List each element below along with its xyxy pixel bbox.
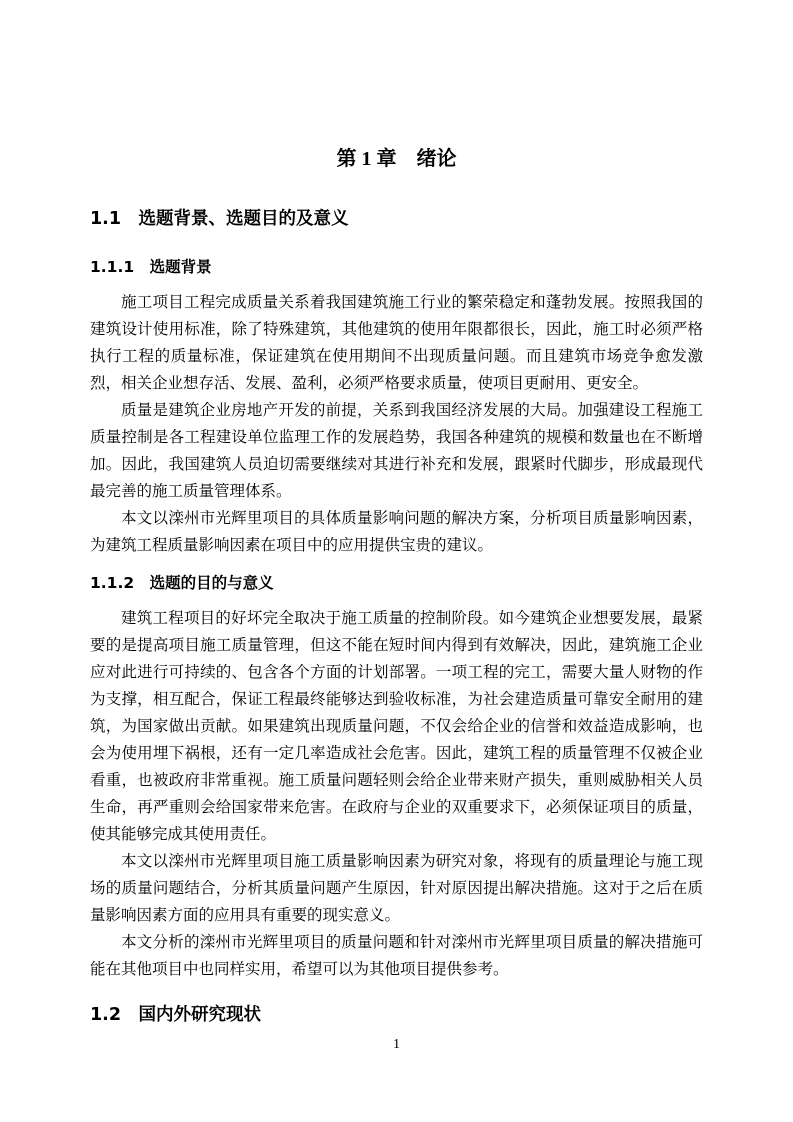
chapter-title: 第 1 章 绪论	[90, 146, 703, 173]
paragraph-background-3: 本文以滦州市光辉里项目的具体质量影响问题的解决方案，分析项目质量影响因素，为建筑…	[90, 505, 703, 559]
section-heading-1-2: 1.2 国内外研究现状	[90, 1003, 703, 1027]
paragraph-purpose-1: 建筑工程项目的好坏完全取决于施工质量的控制阶段。如今建筑企业想要发展，最紧要的是…	[90, 605, 703, 848]
subsection-heading-1-1-2: 1.1.2 选题的目的与意义	[90, 572, 703, 594]
subsection-heading-1-1-1: 1.1.1 选题背景	[90, 256, 703, 278]
page-content: 第 1 章 绪论 1.1 选题背景、选题目的及意义 1.1.1 选题背景 施工项…	[90, 0, 703, 1027]
section-heading-1-1: 1.1 选题背景、选题目的及意义	[90, 207, 703, 231]
paragraph-purpose-2: 本文以滦州市光辉里项目施工质量影响因素为研究对象，将现有的质量理论与施工现场的质…	[90, 848, 703, 929]
paragraph-background-2: 质量是建筑企业房地产开发的前提，关系到我国经济发展的大局。加强建设工程施工质量控…	[90, 397, 703, 505]
page-number: 1	[0, 1036, 793, 1054]
paragraph-background-1: 施工项目工程完成质量关系着我国建筑施工行业的繁荣稳定和蓬勃发展。按照我国的建筑设…	[90, 289, 703, 397]
paragraph-purpose-3: 本文分析的滦州市光辉里项目的质量问题和针对滦州市光辉里项目质量的解决措施可能在其…	[90, 929, 703, 983]
document-page: 第 1 章 绪论 1.1 选题背景、选题目的及意义 1.1.1 选题背景 施工项…	[0, 0, 793, 1122]
